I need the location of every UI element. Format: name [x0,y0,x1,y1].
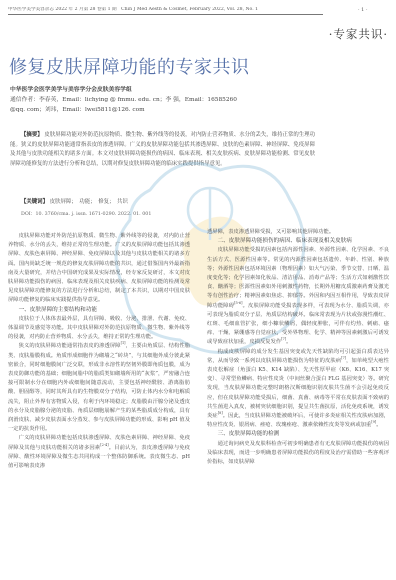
section-2-paragraph-2: 构成皮肤屏障的成分发生基因突变或先天性缺陷均可引起蛋白质表达异常，从而导致一系列… [207,348,389,431]
correspondence-line-1: 通信作者：李春英，Email：lichying @ fmmu. edu. cn；… [10,95,330,105]
section-2-paragraph-1: 皮肤屏障功能受损的因素包括内源性因素、外源性因素、化学因素、不良生活方式、医源性… [207,246,389,347]
text-run: 皮肤屏障功能受损的因素包括内源性因素、外源性因素、化学因素、不良生活方式、医源性… [207,247,389,308]
section-2-heading: 二、皮肤屏障功能损伤的病因、临床表现及相关皮肤病 [207,237,389,246]
column-tag: ·专家共识· [329,26,388,42]
running-head: 中华医学美学美容杂志 2022 年 2 月第 28 卷第 1 期 Chin J … [8,7,323,15]
abstract-text: 皮肤屏障功能对外防范抗原物质、微生物、紫外线等的侵袭，对内防止营养物质、水分的丢… [10,132,315,167]
author-block: 中华医学会医学美学与美容学分会皮肤美容学组 通信作者：李春英，Email：lic… [10,85,330,115]
citation-ref: [2-4] [100,443,108,447]
section-1-paragraph-3: 广义的皮肤屏障功能包括皮肤渗透屏障、皮肤色素屏障、神经屏障、免疫屏障及其他与皮肤… [8,434,190,471]
section-3-heading: 三、皮肤屏障功能的检测 [207,430,389,439]
section-3-paragraph-1: 通过询问病史及皮肤科检查可初步明确患者有无皮肤屏障功能损伤的病因及临床表现，而进… [207,440,389,468]
abstract: 【摘要】 皮肤屏障功能对外防范抗原物质、微生物、紫外线等的侵袭，对内防止营养物质… [10,131,315,169]
text-run: 。 [376,422,381,428]
text-run: ，如单纯型大疱性表皮松解症（角蛋白 K5、K14 缺陷）、先天性厚甲症（K6、K… [207,358,389,419]
text-run: 狭义的皮肤屏障功能通常指表皮的渗透屏障 [19,343,121,349]
doi: DOI：10. 3760/cma. j. issn. 1671-0290. 20… [21,210,151,217]
body-left-column: 皮肤屏障功能对外防范抗原物质、微生物、紫外线等的侵袭，对内防止营养物质、水分的丢… [8,232,190,471]
section-1-heading: 一、皮肤屏障的主要结构和功能 [8,306,190,315]
citation-ref: [5-6] [234,301,242,305]
correspondence-line-2: @qq. com；刘玮，Email：lwei5811@126. com [10,105,330,115]
section-1-paragraph-2: 狭义的皮肤屏障功能通常指表皮的渗透屏障[1]，主要由角质层、结构性脂类、皮肤脂膜… [8,342,190,434]
text-run: ，主要由角质层、结构性脂类、皮肤脂膜构成。角质形成细胞作为砌墙之“砖块”，与其细… [8,343,190,432]
keywords-label: 【关键词】 [21,199,48,205]
intro-paragraph: 皮肤屏障功能对外防范抗原物质、微生物、紫外线等的侵袭，对内防止营养物质、水分的丢… [8,232,190,306]
body-right-column: 透屏障，表皮渗透屏障受损，又可影响其他屏障功能。 二、皮肤屏障功能损伤的病因、临… [207,228,389,467]
keywords: 【关键词】 皮肤屏障； 功能； 修复； 共识 [21,198,311,206]
page-number: · 1 · [358,7,368,13]
author-organization: 中华医学会医学美学与美容学分会皮肤美容学组 [10,85,330,95]
text-run: 。皮肤屏障功能受损表现多样，可表现为水分、脂质失调，亦可表现为脂质双分子层、角质… [207,303,389,346]
keywords-text: 皮肤屏障； 功能； 修复； 共识 [50,199,128,205]
text-run: 。 [286,339,291,345]
article-title: 修复皮肤屏障功能的专家共识 [9,53,250,79]
section-1-paragraph-1: 皮肤位于人体体表最外层，具有屏障、吸收、分泌、排泄、代谢、免疫、体温调节及感觉等… [8,315,190,343]
text-run: 。因此，当皮肤屏障功能被破坏后，可使许多炎症相关性皮肤病加剧，特应性皮炎、银屑病… [207,413,389,428]
continuation-paragraph: 透屏障，表皮渗透屏障受损，又可影响其他屏障功能。 [207,228,389,237]
abstract-label: 【摘要】 [21,132,43,138]
